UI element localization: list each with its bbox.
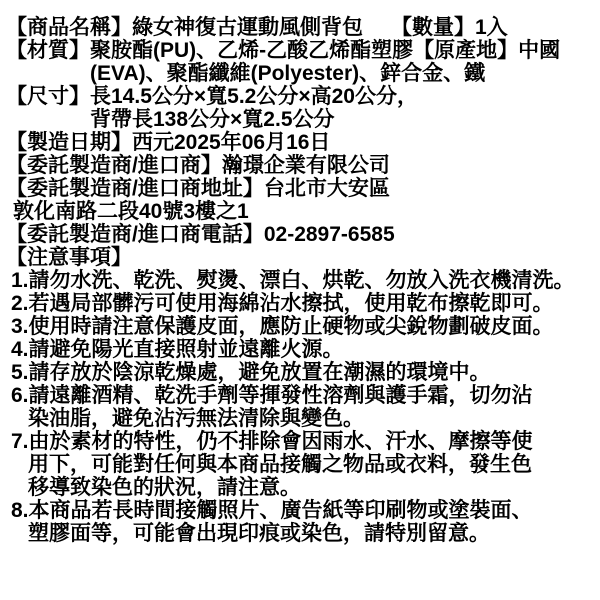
- notice-item-number: 5.: [11, 361, 29, 384]
- notice-list: 1.請勿水洗、乾洗、熨燙、漂白、烘乾、勿放入洗衣機清洗。2.若遇局部髒污可使用海…: [11, 269, 598, 545]
- size-row: 【尺寸】長14.5公分×寬5.2公分×高20公分， 背帶長138公分×寬2.5公…: [6, 85, 598, 131]
- notice-item: 8.本商品若長時間接觸照片、廣告紙等印刷物或塗裝面、 塑膠面等，可能會出現印痕或…: [11, 499, 598, 545]
- manufacture-date-row: 【製造日期】西元2025年06月16日: [6, 131, 598, 154]
- manufacturer-phone-row: 【委託製造商/進口商電話】02-2897-6585: [6, 223, 598, 246]
- notice-item-number: 7.: [11, 430, 29, 453]
- manufacturer-phone-label: 【委託製造商/進口商電話】: [6, 223, 264, 246]
- notice-item: 6.請遠離酒精、乾洗手劑等揮發性溶劑與護手霜，切勿沾 染油脂，避免沾污無法清除與…: [11, 384, 598, 430]
- notice-item-text: 請存放於陰涼乾燥處，避免放置在潮濕的環境中。: [29, 361, 491, 384]
- notice-item: 4.請避免陽光直接照射並遠離火源。: [11, 338, 598, 361]
- manufacturer-address-label: 【委託製造商/進口商地址】: [6, 177, 264, 200]
- product-name-label: 【商品名稱】: [6, 16, 132, 39]
- notice-item-number: 3.: [11, 315, 29, 338]
- manufacturer-value: 瀚璟企業有限公司: [222, 154, 390, 177]
- notice-item-text: 請勿水洗、乾洗、熨燙、漂白、烘乾、勿放入洗衣機清洗。: [29, 269, 575, 292]
- notice-item-text: 請避免陽光直接照射並遠離火源。: [29, 338, 344, 361]
- product-name-row: 【商品名稱】綠女神復古運動風側背包【數量】1入: [6, 16, 598, 39]
- material-value: 聚胺酯(PU)、乙烯-乙酸乙烯酯塑膠【原產地】中國 (EVA)、聚酯纖維(Pol…: [90, 39, 560, 85]
- quantity-value: 1入: [475, 16, 508, 39]
- quantity-label: 【數量】: [391, 16, 475, 39]
- notice-item-text: 本商品若長時間接觸照片、廣告紙等印刷物或塗裝面、 塑膠面等，可能會出現印痕或染色…: [28, 499, 533, 545]
- material-row: 【材質】聚胺酯(PU)、乙烯-乙酸乙烯酯塑膠【原產地】中國 (EVA)、聚酯纖維…: [6, 39, 598, 85]
- notice-item-number: 8.: [11, 499, 29, 522]
- manufacture-date-value: 西元2025年06月16日: [132, 131, 330, 154]
- notice-item: 3.使用時請注意保護皮面，應防止硬物或尖銳物劃破皮面。: [11, 315, 598, 338]
- notice-item: 2.若遇局部髒污可使用海綿沾水擦拭，使用乾布擦乾即可。: [11, 292, 598, 315]
- notice-header: 【注意事項】: [6, 246, 132, 269]
- notice-item-text: 請遠離酒精、乾洗手劑等揮發性溶劑與護手霜，切勿沾 染油脂，避免沾污無法清除與變色…: [28, 384, 533, 430]
- product-name-value: 綠女神復古運動風側背包: [132, 16, 363, 39]
- manufacturer-label: 【委託製造商/進口商】: [6, 154, 222, 177]
- manufacturer-row: 【委託製造商/進口商】瀚璟企業有限公司: [6, 154, 598, 177]
- notice-item-number: 6.: [11, 384, 29, 407]
- notice-item-number: 4.: [11, 338, 29, 361]
- notice-item: 1.請勿水洗、乾洗、熨燙、漂白、烘乾、勿放入洗衣機清洗。: [11, 269, 598, 292]
- manufacture-date-label: 【製造日期】: [6, 131, 132, 154]
- material-label: 【材質】: [6, 39, 90, 62]
- notice-item-number: 2.: [11, 292, 29, 315]
- notice-item-text: 若遇局部髒污可使用海綿沾水擦拭，使用乾布擦乾即可。: [29, 292, 554, 315]
- size-value: 長14.5公分×寬5.2公分×高20公分， 背帶長138公分×寬2.5公分: [90, 85, 418, 131]
- notice-item-text: 使用時請注意保護皮面，應防止硬物或尖銳物劃破皮面。: [29, 315, 554, 338]
- notice-header-row: 【注意事項】: [6, 246, 598, 269]
- manufacturer-phone-value: 02-2897-6585: [264, 223, 395, 246]
- notice-item: 7.由於素材的特性，仍不排除會因雨水、汗水、摩擦等使 用下，可能對任何與本商品接…: [11, 430, 598, 499]
- manufacturer-address-row: 【委託製造商/進口商地址】台北市大安區 敦化南路二段40號3樓之1: [6, 177, 598, 223]
- notice-item-number: 1.: [11, 269, 29, 292]
- product-info-label: 【商品名稱】綠女神復古運動風側背包【數量】1入【材質】聚胺酯(PU)、乙烯-乙酸…: [0, 0, 600, 600]
- size-label: 【尺寸】: [6, 85, 90, 108]
- notice-item-text: 由於素材的特性，仍不排除會因雨水、汗水、摩擦等使 用下，可能對任何與本商品接觸之…: [28, 430, 533, 499]
- notice-item: 5.請存放於陰涼乾燥處，避免放置在潮濕的環境中。: [11, 361, 598, 384]
